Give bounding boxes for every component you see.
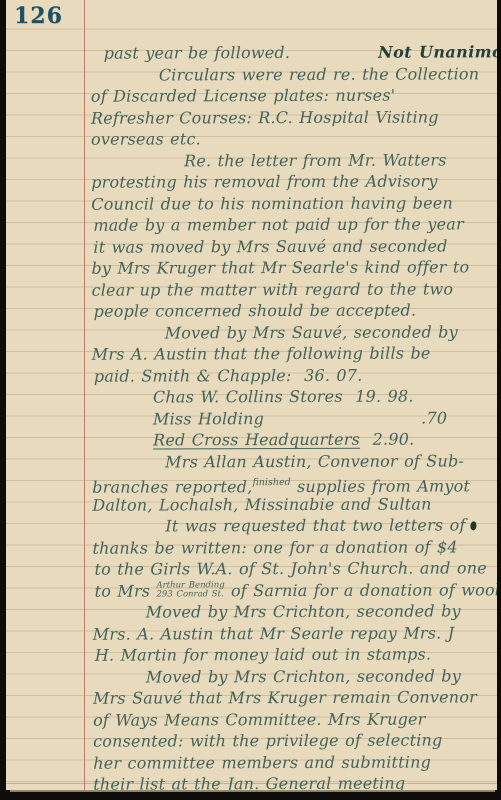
manuscript-text: Red Cross Headquarters [153, 430, 360, 450]
manuscript-line: thanks be written: one for a donation of… [92, 536, 493, 559]
manuscript-line: protesting his removal from the Advisory [91, 170, 492, 193]
manuscript-text: Dalton, Lochalsh, Missinabie and Sultan [92, 494, 431, 514]
manuscript-line: Moved by Mrs Crichton, seconded by [93, 665, 494, 688]
manuscript-text: it was moved by Mrs Sauvé and seconded [93, 236, 447, 256]
manuscript-text: protesting his removal from the Advisory [91, 171, 438, 191]
manuscript-text: 2.90. [360, 430, 414, 449]
ink-blot [471, 521, 477, 530]
manuscript-line: Moved by Mrs Crichton, seconded by [93, 600, 494, 623]
manuscript-text: clear up the matter with regard to the t… [92, 279, 454, 299]
manuscript-text: Moved by Mrs Crichton, seconded by [146, 601, 461, 621]
manuscript-text: Mrs. A. Austin that Mr Searle repay Mrs.… [93, 623, 455, 643]
manuscript-text: of Sarnia for a donation of wool. [225, 580, 497, 600]
manuscript-text: consented: with the privilege of selecti… [93, 730, 442, 750]
manuscript-text: paid. Smith & Chapple: 36. 07. [94, 365, 363, 385]
manuscript-text: of Discarded License plates: nurses' [91, 86, 396, 106]
manuscript-line: overseas etc. [91, 127, 492, 150]
manuscript-line: to Mrs Arthur Bending 293 Conrad St. of … [93, 579, 494, 602]
manuscript-line: clear up the matter with regard to the t… [92, 278, 493, 301]
manuscript-line: of Ways Means Committee. Mrs Kruger [93, 708, 494, 731]
manuscript-text: Moved by Mrs Crichton, seconded by [146, 666, 461, 686]
manuscript-text: by Mrs Kruger that Mr Searle's kind offe… [91, 257, 469, 277]
manuscript-line: Re. the letter from Mr. Watters [91, 149, 492, 172]
manuscript-line: consented: with the privilege of selecti… [93, 729, 494, 752]
manuscript-line: their list at the Jan. General meeting [93, 772, 494, 790]
manuscript-line: made by a member not paid up for the yea… [91, 213, 492, 236]
manuscript-line: to the Girls W.A. of St. John's Church. … [92, 557, 493, 580]
manuscript-line: of Discarded License plates: nurses' [91, 84, 492, 107]
manuscript-line: Refresher Courses: R.C. Hospital Visitin… [91, 106, 492, 129]
manuscript-line: paid. Smith & Chapple: 36. 07. [92, 364, 493, 387]
manuscript-line: Chas W. Collins Stores 19. 98. [92, 385, 493, 408]
manuscript-text: Council due to his nomination having bee… [91, 193, 453, 213]
manuscript-line: Dalton, Lochalsh, Missinabie and Sultan [92, 493, 493, 516]
manuscript-text: past year be followed. [104, 43, 378, 63]
manuscript-text: Not Unanimous. [378, 42, 497, 62]
manuscript-text: to Mrs [95, 581, 157, 600]
manuscript-text: Mrs A. Austin that the following bills b… [92, 344, 431, 364]
manuscript-text: thanks be written: one for a donation of… [92, 537, 457, 557]
manuscript-line: It was requested that two letters of [92, 514, 493, 537]
interlinear-insertion: Arthur Bending 293 Conrad St. [156, 581, 224, 599]
manuscript-line: it was moved by Mrs Sauvé and seconded [91, 235, 492, 258]
manuscript-text: It was requested that two letters of [165, 515, 465, 535]
manuscript-text: people concerned should be accepted. [94, 301, 417, 321]
manuscript-text: Mrs Sauvé that Mrs Kruger remain Conveno… [93, 687, 477, 707]
manuscript-line: her committee members and submitting [93, 751, 494, 774]
manuscript-line: Mrs A. Austin that the following bills b… [92, 342, 493, 365]
notebook-page: 126 past year be followed. Not Unanimous… [6, 0, 497, 790]
manuscript-text: Refresher Courses: R.C. Hospital Visitin… [91, 107, 439, 127]
manuscript-text: overseas etc. [91, 129, 201, 148]
manuscript-line: past year be followed. Not Unanimous. [91, 41, 492, 64]
manuscript-text: her committee members and submitting [93, 752, 431, 772]
page-number: 126 [14, 3, 63, 29]
manuscript-text: H. Martin for money laid out in stamps. [95, 645, 431, 665]
manuscript-lines: past year be followed. Not Unanimous.Cir… [91, 41, 495, 790]
manuscript-text: their list at the Jan. General meeting [93, 774, 405, 790]
manuscript-line: branches reported,finished supplies from… [92, 471, 493, 494]
manuscript-line: H. Martin for money laid out in stamps. [93, 643, 494, 666]
manuscript-line: Mrs Sauvé that Mrs Kruger remain Conveno… [93, 686, 494, 709]
manuscript-line: Miss Holding .70 [92, 407, 493, 430]
manuscript-text: Moved by Mrs Sauvé, seconded by [165, 322, 458, 342]
manuscript-text: Miss Holding .70 [153, 408, 447, 428]
manuscript-text: Mrs Allan Austin, Convenor of Sub- [165, 451, 464, 471]
manuscript-line: Moved by Mrs Sauvé, seconded by [92, 321, 493, 344]
manuscript-line: by Mrs Kruger that Mr Searle's kind offe… [91, 256, 492, 279]
manuscript-text: Chas W. Collins Stores 19. 98. [153, 387, 414, 407]
manuscript-text: of Ways Means Committee. Mrs Kruger [93, 709, 426, 729]
manuscript-line: Mrs Allan Austin, Convenor of Sub- [92, 450, 493, 473]
manuscript-line: Council due to his nomination having bee… [91, 192, 492, 215]
interlinear-insertion: finished [252, 477, 290, 488]
margin-line [84, 0, 85, 790]
manuscript-line: Mrs. A. Austin that Mr Searle repay Mrs.… [93, 622, 494, 645]
scan-photo-frame: 126 past year be followed. Not Unanimous… [0, 0, 501, 800]
manuscript-line: people concerned should be accepted. [92, 299, 493, 322]
manuscript-text: made by a member not paid up for the yea… [93, 214, 464, 234]
manuscript-text: to the Girls W.A. of St. John's Church. … [94, 558, 486, 578]
manuscript-line: Red Cross Headquarters 2.90. [92, 428, 493, 451]
manuscript-text: Re. the letter from Mr. Watters [184, 150, 447, 170]
manuscript-text: Circulars were read re. the Collection [159, 64, 480, 84]
manuscript-line: Circulars were read re. the Collection [91, 63, 492, 86]
